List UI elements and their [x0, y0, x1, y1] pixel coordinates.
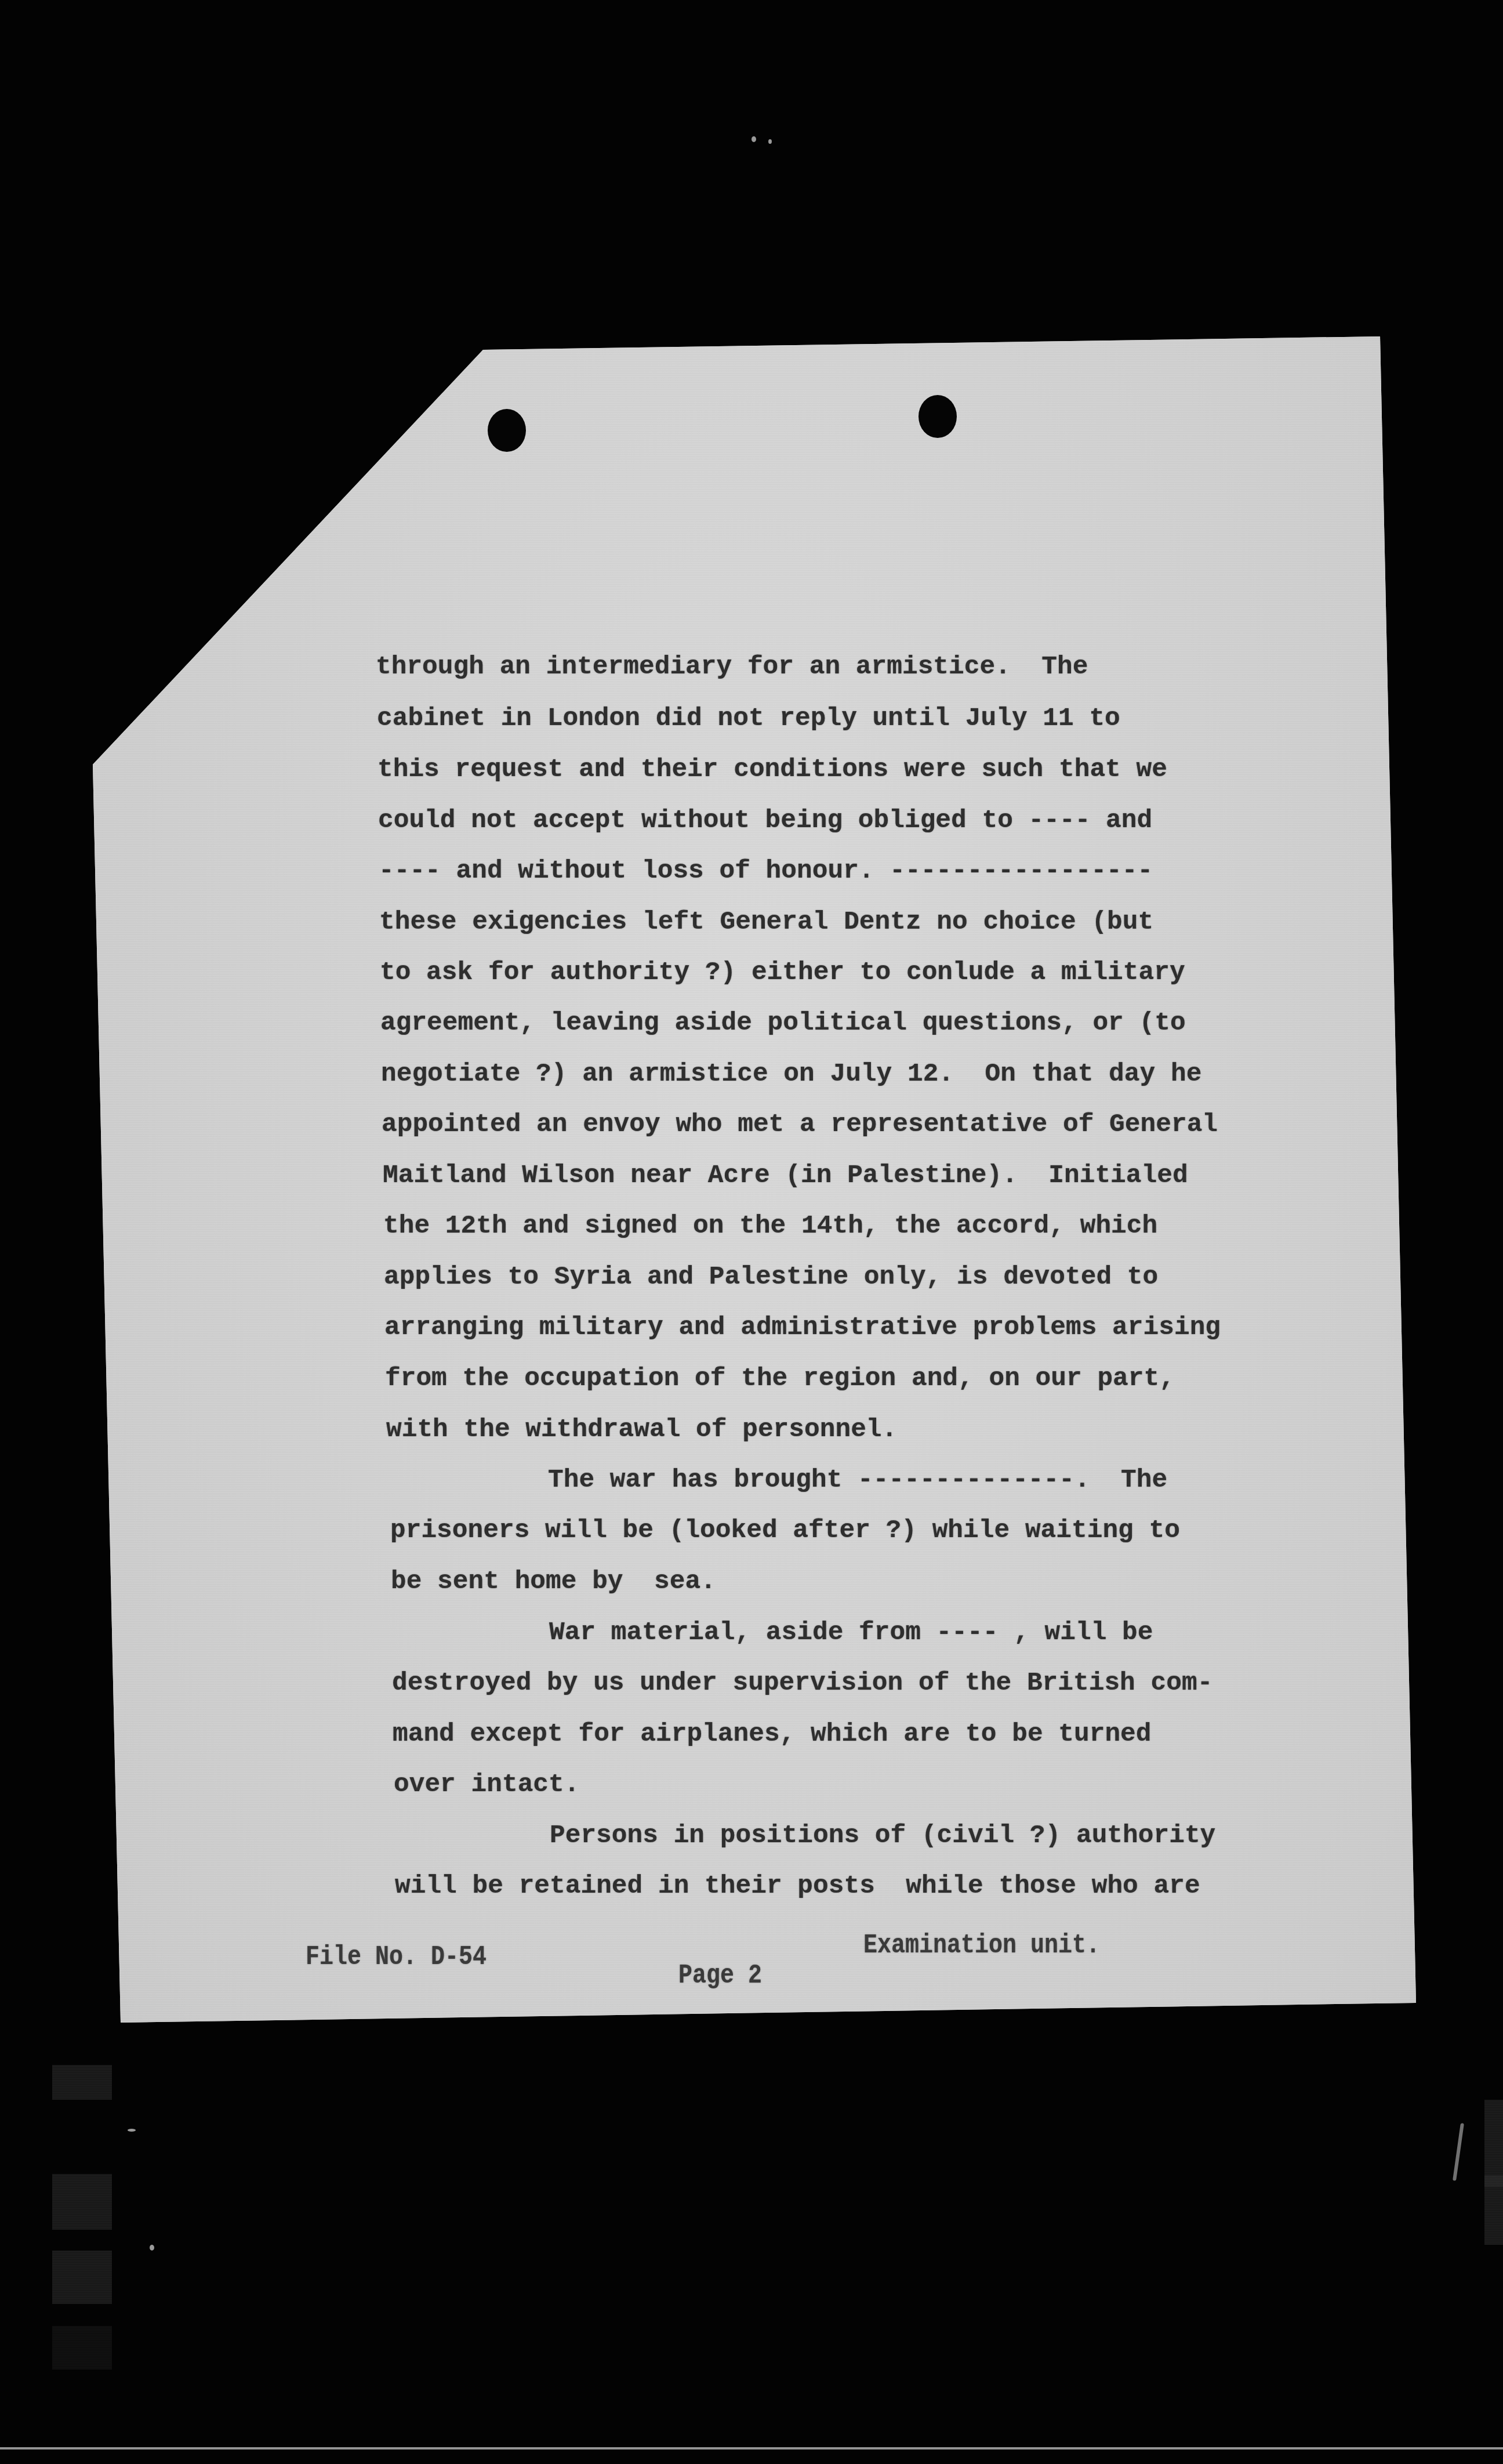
text-line: from the occupation of the region and, o… [385, 1366, 1175, 1392]
text-line: over intact. [394, 1772, 579, 1798]
text-line: prisoners will be (looked after ?) while… [390, 1518, 1180, 1544]
document-page: through an intermediary for an armistice… [0, 0, 1503, 2464]
text-line: will be retained in their posts while th… [395, 1874, 1200, 1900]
film-sprocket-strip [1484, 2175, 1503, 2245]
dust-speck [128, 2129, 136, 2132]
text-line: War material, aside from ---- , will be [549, 1620, 1153, 1646]
text-line: Persons in positions of (civil ?) author… [550, 1823, 1215, 1849]
text-line: the 12th and signed on the 14th, the acc… [383, 1213, 1157, 1240]
text-line: with the withdrawal of personnel. [386, 1417, 897, 1443]
film-sprocket-strip [52, 2174, 112, 2230]
text-line: could not accept without being obliged t… [378, 808, 1152, 834]
text-line: this request and their conditions were s… [377, 757, 1167, 783]
text-line: The war has brought --------------. The [548, 1467, 1167, 1494]
text-line: through an intermediary for an armistice… [376, 654, 1088, 680]
text-line: agreement, leaving aside political quest… [380, 1010, 1186, 1037]
text-line: be sent home by sea. [391, 1569, 716, 1595]
dust-speck [150, 2245, 154, 2251]
microfilm-frame: through an intermediary for an armistice… [0, 0, 1503, 2464]
unit-label: Examination unit. [863, 1932, 1100, 1962]
text-line: these exigencies left General Dentz no c… [379, 909, 1153, 936]
text-line: mand except for airplanes, which are to … [393, 1722, 1152, 1748]
text-line: negotiate ?) an armistice on July 12. On… [381, 1061, 1201, 1088]
film-sprocket-strip [52, 2065, 112, 2100]
punch-hole-right [919, 395, 957, 438]
film-scratch [1453, 2123, 1464, 2181]
text-line: Maitland Wilson near Acre (in Palestine)… [383, 1163, 1188, 1189]
film-edge-line [0, 2447, 1503, 2449]
film-sprocket-strip [1484, 2100, 1503, 2187]
text-line: to ask for authority ?) either to conlud… [380, 960, 1185, 986]
punch-hole-left [488, 409, 526, 452]
text-line: ---- and without loss of honour. -------… [379, 858, 1153, 885]
dust-speck [768, 139, 772, 144]
text-line: appointed an envoy who met a representat… [382, 1112, 1218, 1138]
file-number: File No. D-54 [306, 1943, 487, 1973]
text-line: applies to Syria and Palestine only, is … [384, 1264, 1158, 1291]
text-line: arranging military and administrative pr… [384, 1315, 1221, 1341]
page-number: Page 2 [678, 1962, 762, 1992]
text-line: destroyed by us under supervision of the… [392, 1671, 1212, 1697]
dust-speck [752, 136, 756, 142]
film-sprocket-strip [52, 2326, 112, 2369]
text-line: cabinet in London did not reply until Ju… [377, 706, 1120, 732]
film-sprocket-strip [52, 2251, 112, 2304]
